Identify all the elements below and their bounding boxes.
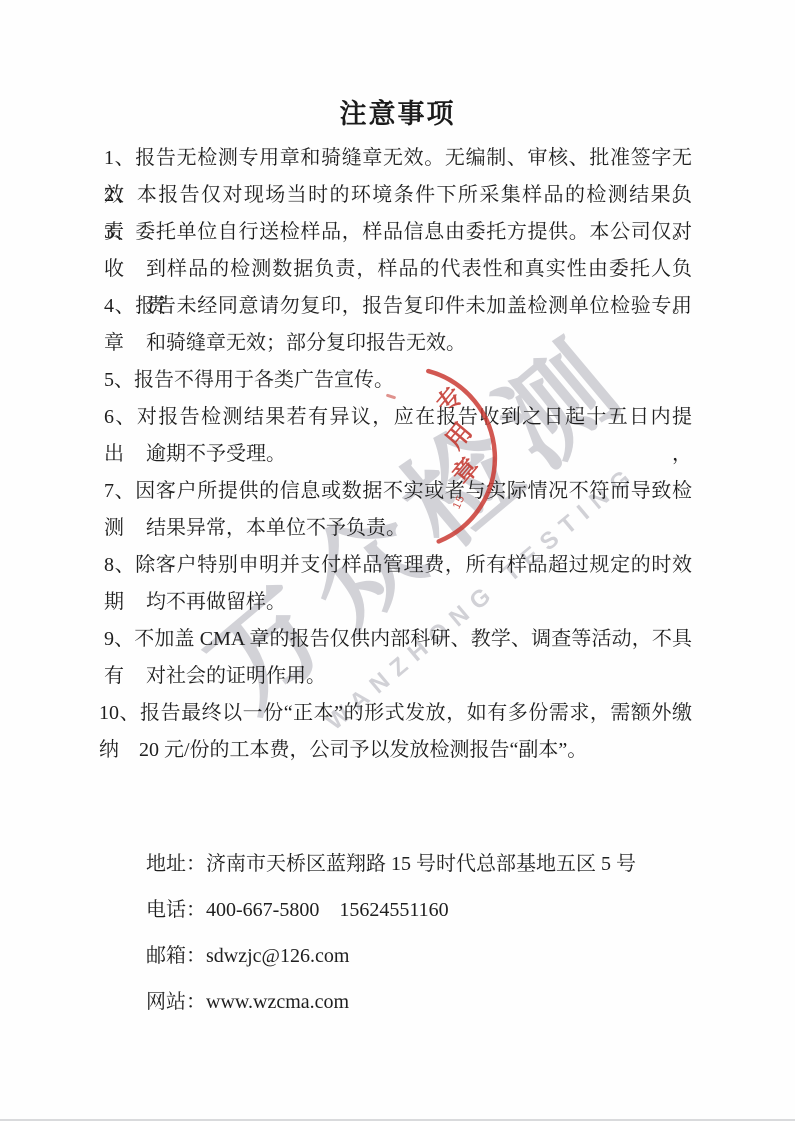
- page-title: 注意事项: [0, 94, 795, 134]
- contact-phone: 电话：400-667-5800 15624551160: [146, 887, 636, 933]
- notice-line: 9、不加盖 CMA 章的报告仅供内部科研、教学、调查等活动，不具有: [0, 621, 795, 658]
- notice-line: 10、报告最终以一份“正本”的形式发放，如有多份需求，需额外缴纳: [0, 695, 795, 732]
- contact-address: 地址：济南市天桥区蓝翔路 15 号时代总部基地五区 5 号: [146, 841, 636, 887]
- notice-line: 20 元/份的工本费，公司予以发放检测报告“副本”。: [0, 732, 795, 769]
- notice-line: 5、报告不得用于各类广告宣传。: [0, 362, 795, 399]
- contact-email: 邮箱：sdwzjc@126.com: [146, 933, 636, 979]
- notice-line: 8、除客户特别申明并支付样品管理费，所有样品超过规定的时效期: [0, 547, 795, 584]
- notice-line: 3、委托单位自行送检样品，样品信息由委托方提供。本公司仅对收: [0, 214, 795, 251]
- notice-line: 6、对报告检测结果若有异议，应在报告收到之日起十五日内提出，: [0, 399, 795, 436]
- notice-list: 1、报告无检测专用章和骑缝章无效。无编制、审核、批准签字无效。2、本报告仅对现场…: [0, 140, 795, 769]
- contact-website: 网站：www.wzcma.com: [146, 979, 636, 1025]
- contact-block: 地址：济南市天桥区蓝翔路 15 号时代总部基地五区 5 号电话：400-667-…: [146, 841, 636, 1025]
- notice-line: 4、报告未经同意请勿复印，报告复印件未加盖检测单位检验专用章: [0, 288, 795, 325]
- notice-line: 2、本报告仅对现场当时的环境条件下所采集样品的检测结果负责。: [0, 177, 795, 214]
- document-page: 万众检测 WANZHONG TESTING 注意事项 1、报告无检测专用章和骑缝…: [0, 0, 795, 1121]
- notice-line: 1、报告无检测专用章和骑缝章无效。无编制、审核、批准签字无效。: [0, 140, 795, 177]
- notice-line: 7、因客户所提供的信息或数据不实或者与实际情况不符而导致检测: [0, 473, 795, 510]
